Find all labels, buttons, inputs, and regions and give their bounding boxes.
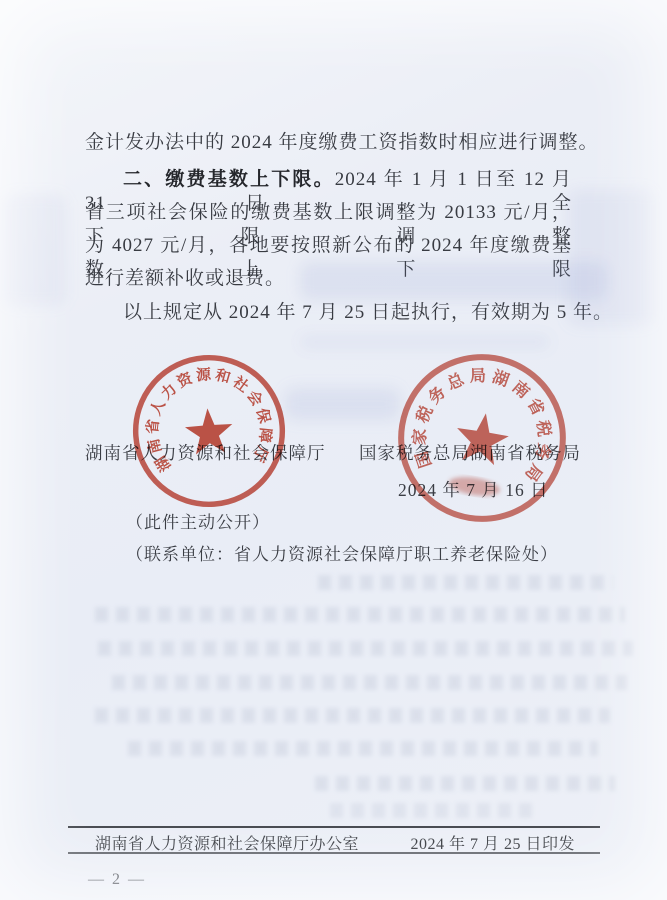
bleed-through-row: [112, 675, 627, 690]
body-text: 以上规定从 2024 年 7 月 25 日起执行，有效期为 5 年。: [123, 302, 613, 323]
bleed-through-row: [98, 641, 633, 656]
body-text: 进行差额补收或退费。: [85, 268, 285, 289]
seal-graphic: 湖南省人力资源和社会保障厅: [126, 348, 293, 515]
bleed-through-row: [330, 803, 540, 818]
bleed-through-patch: [285, 388, 400, 420]
seal-code-mark: [448, 474, 502, 499]
bleed-through-patch: [4, 195, 66, 305]
left-official-seal: 湖南省人力资源和社会保障厅: [126, 348, 293, 515]
page-number: — 2 —: [88, 871, 146, 889]
body-text: 金计发办法中的 2024 年度缴费工资指数时相应进行调整。: [85, 132, 599, 153]
contact-note: （联系单位：省人力资源社会保障厅职工养老保险处）: [126, 540, 558, 565]
seal-graphic: 国家税务总局湖南省税务局: [384, 340, 581, 537]
bleed-through-row: [318, 575, 613, 590]
bleed-through-row: [315, 776, 615, 791]
star-icon: [184, 407, 234, 455]
star-icon: [452, 409, 511, 466]
footer-rule-bottom: [68, 852, 600, 854]
bleed-through-row: [95, 708, 610, 723]
body-line-5: 进行差额补收或退费。: [85, 267, 572, 291]
footer-print-date: 2024 年 7 月 25 日印发: [410, 831, 575, 854]
footer-issuer: 湖南省人力资源和社会保障厅办公室: [95, 831, 359, 854]
body-line-1: 金计发办法中的 2024 年度缴费工资指数时相应进行调整。: [85, 131, 572, 155]
section-heading: 二、缴费基数上下限。: [123, 169, 335, 190]
footer-rule-top: [68, 826, 600, 828]
bleed-through-row: [128, 741, 598, 756]
bleed-through-row: [95, 607, 625, 622]
right-official-seal: 国家税务总局湖南省税务局: [384, 340, 581, 537]
body-line-6: 以上规定从 2024 年 7 月 25 日起执行，有效期为 5 年。: [85, 301, 572, 325]
document-page: 金计发办法中的 2024 年度缴费工资指数时相应进行调整。 二、缴费基数上下限。…: [0, 0, 667, 900]
